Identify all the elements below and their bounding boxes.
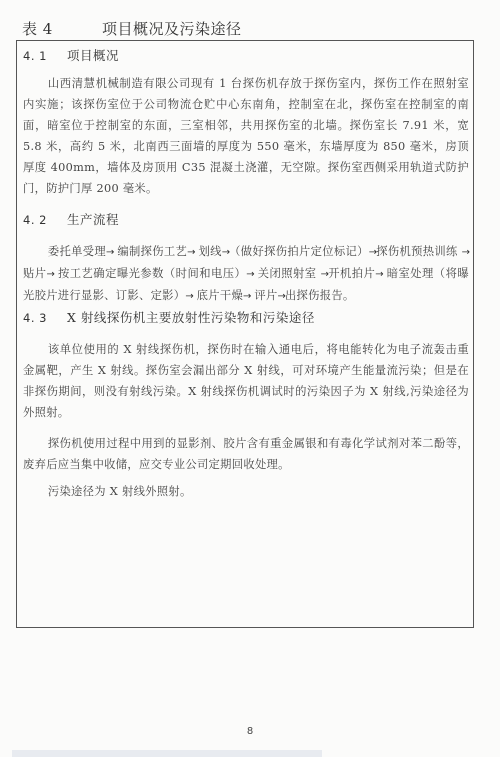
section-number: 4. 1 [23, 45, 67, 67]
page-number: 8 [0, 726, 500, 737]
section-title: 生产流程 [67, 212, 119, 227]
flow-step: 出探伤报告。 [285, 289, 355, 302]
section-production-flow: 4. 2生产流程 委托单受理→ 编制探伤工艺→ 划线→（做好探伤拍片定位标记）→… [23, 209, 469, 307]
flow-step: 编制探伤工艺 [117, 245, 187, 258]
flow-step: 贴片 [23, 267, 47, 280]
flow-step: 按工艺确定曝光参数（时间和电压） [58, 267, 246, 280]
overview-paragraph: 山西清慧机械制造有限公司现有 1 台探伤机存放于探伤室内，探伤工作在照射室内实施… [23, 73, 469, 199]
flow-step: 关闭照射室 [258, 267, 317, 280]
section-pollution-routes: 4. 3X 射线探伤机主要放射性污染物和污染途径 该单位使用的 X 射线探伤机，… [23, 307, 469, 502]
table-title: 项目概况及污染途径 [102, 20, 242, 38]
arrow-icon: → [185, 291, 192, 302]
section-project-overview: 4. 1项目概况 山西清慧机械制造有限公司现有 1 台探伤机存放于探伤室内，探伤… [23, 45, 469, 199]
scan-edge [12, 750, 322, 757]
arrow-icon: → [106, 247, 113, 258]
pollution-paragraph: 该单位使用的 X 射线探伤机，探伤时在输入通电后，将电能转化为电子流轰击重金属靶… [23, 339, 469, 423]
flow-step: 委托单受理 [48, 245, 106, 258]
arrow-icon: → [375, 269, 382, 280]
pollution-route-paragraph: 污染途径为 X 射线外照射。 [23, 481, 469, 502]
arrow-icon: → [246, 269, 253, 280]
section-title: X 射线探伤机主要放射性污染物和污染途径 [67, 310, 315, 325]
flow-step: 开机拍片 [328, 267, 375, 280]
content-box: 4. 1项目概况 山西清慧机械制造有限公司现有 1 台探伤机存放于探伤室内，探伤… [16, 40, 474, 628]
flow-step: 划线 [198, 245, 221, 258]
chemical-waste-paragraph: 探伤机使用过程中用到的显影剂、胶片含有重金属银和有毒化学试剂对苯二酚等，废弃后应… [23, 433, 469, 475]
flow-step: 评片 [254, 289, 277, 302]
arrow-icon: → [47, 269, 54, 280]
arrow-icon: → [321, 269, 328, 280]
section-heading: 4. 2生产流程 [23, 209, 469, 231]
section-heading: 4. 3X 射线探伤机主要放射性污染物和污染途径 [23, 307, 469, 329]
section-number: 4. 2 [23, 209, 67, 231]
flow-step: 底片干燥 [197, 289, 243, 302]
arrow-icon: → [462, 247, 469, 258]
arrow-icon: → [243, 291, 250, 302]
arrow-icon: → [187, 247, 194, 258]
table-number: 表 4 [22, 18, 102, 39]
process-flow: 委托单受理→ 编制探伤工艺→ 划线→（做好探伤拍片定位标记）→探伤机预热训练 →… [23, 241, 469, 307]
flow-step: （做好探伤拍片定位标记） [229, 245, 369, 258]
section-title: 项目概况 [67, 48, 119, 63]
section-number: 4. 3 [23, 307, 67, 329]
section-heading: 4. 1项目概况 [23, 45, 469, 67]
flow-step: 探伤机预热训练 [376, 245, 457, 258]
arrow-icon: → [278, 291, 285, 302]
table-caption: 表 4项目概况及污染途径 [22, 18, 242, 39]
